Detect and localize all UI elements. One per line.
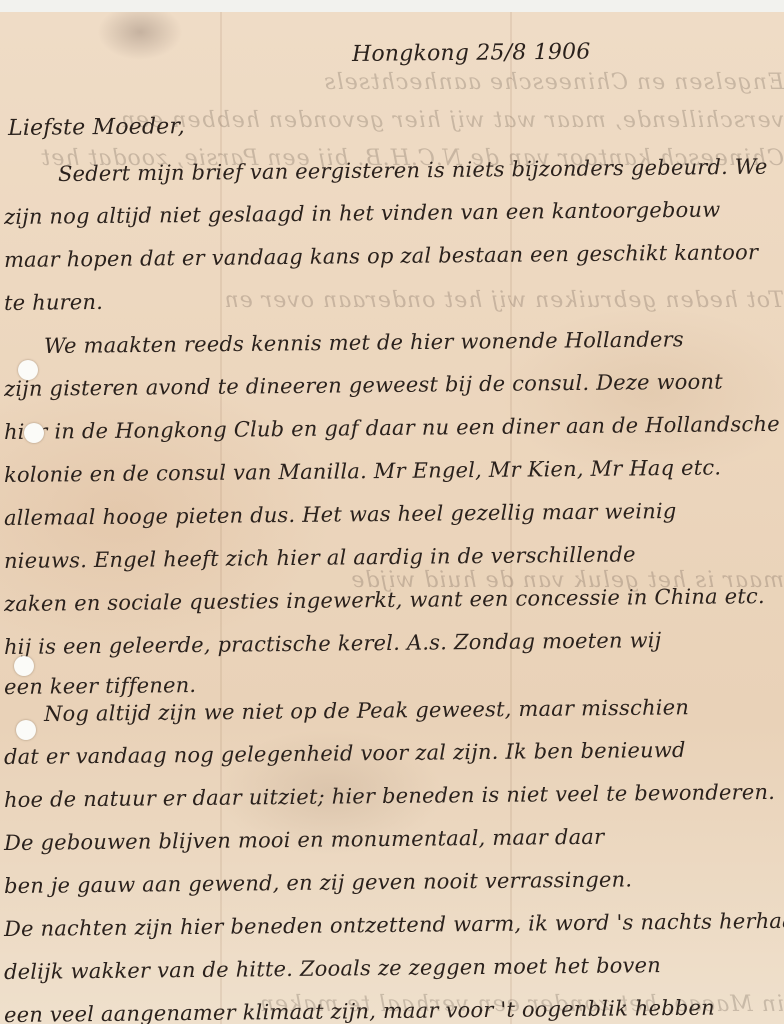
letter-line: De gebouwen blijven mooi en monumentaal,… xyxy=(4,825,605,855)
letter-line: zijn gisteren avond te dineeren geweest … xyxy=(4,369,723,401)
punch-hole xyxy=(16,720,36,740)
letter-line: We maakten reeds kennis met de hier wone… xyxy=(44,327,684,358)
punch-hole xyxy=(24,423,44,443)
letter-line: een keer tiffenen. xyxy=(4,673,196,699)
letter-line: te huren. xyxy=(4,290,103,315)
letter-line: zijn nog altijd niet geslaagd in het vin… xyxy=(4,197,721,229)
letter-line: Nog altijd zijn we niet op de Peak gewee… xyxy=(44,695,689,726)
letter-line: maar hopen dat er vandaag kans op zal be… xyxy=(4,240,758,272)
bleed-through-text: Tot heden gebruiken wij het onderaan ove… xyxy=(0,288,784,313)
letter-line: kolonie en de consul van Manilla. Mr Eng… xyxy=(4,455,721,487)
place-date: Hongkong 25/8 1906 xyxy=(352,40,591,67)
scan-border xyxy=(0,0,784,12)
letter-line: De nachten zijn hier beneden ontzettend … xyxy=(4,909,784,941)
punch-hole xyxy=(14,656,34,676)
letter-line: allemaal hooge pieten dus. Het was heel … xyxy=(4,499,677,530)
letter-line: ben je gauw aan gewend, en zij geven noo… xyxy=(4,867,632,898)
bleed-through-text: Engelsen en Chineesche aanhechtsels xyxy=(0,70,784,95)
letter-line: delijk wakker van de hitte. Zooals ze ze… xyxy=(4,953,661,984)
punch-hole xyxy=(18,360,38,380)
salutation: Liefste Moeder, xyxy=(8,114,185,141)
letter-line: hier in de Hongkong Club en gaf daar nu … xyxy=(4,412,780,444)
letter-line: hij is een geleerde, practische kerel. A… xyxy=(4,628,662,659)
letter-line: dat er vandaag nog gelegenheid voor zal … xyxy=(4,738,686,769)
letter-page: Engelsen en Chineesche aanhechtsels vers… xyxy=(0,12,784,1024)
letter-line: hoe de natuur er daar uitziet; hier bene… xyxy=(4,780,775,812)
